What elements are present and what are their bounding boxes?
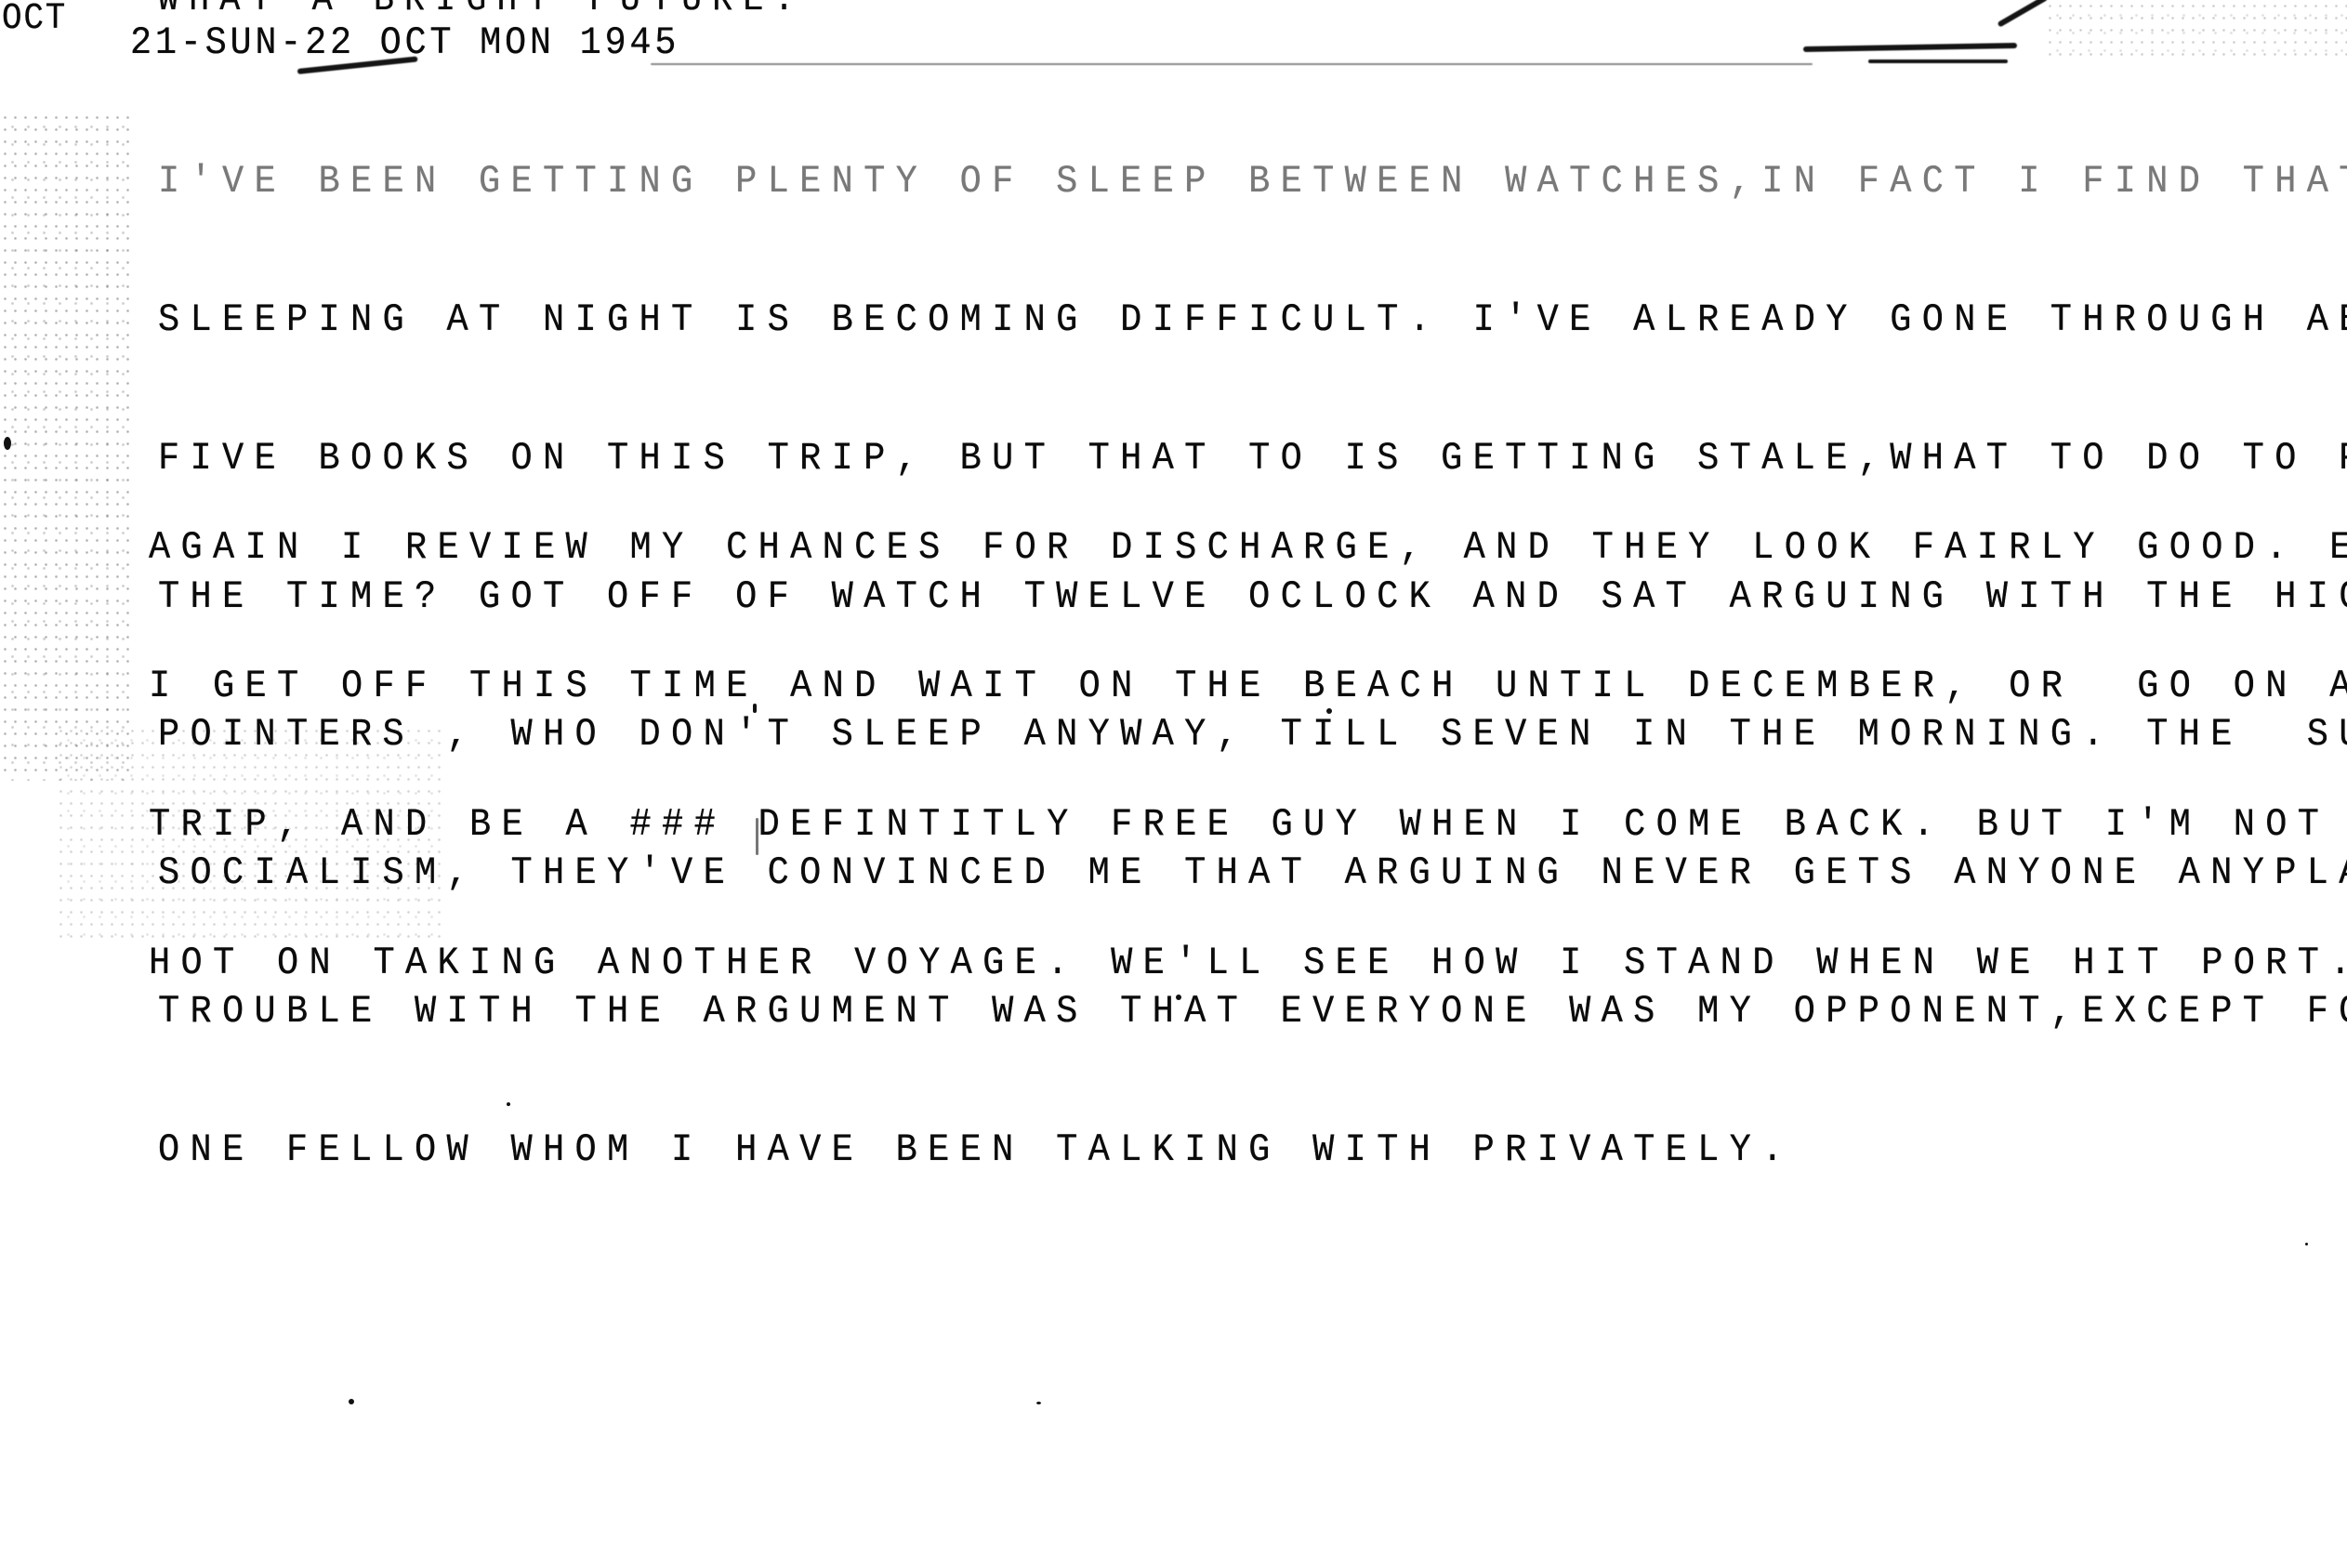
paper-tear-top-right: [1803, 43, 2017, 52]
paper-fold-line-top: [651, 63, 1813, 65]
entry-date: 21-SUN-22 OCT MON 1945: [130, 20, 679, 67]
ink-speck: [349, 1399, 354, 1404]
text-line: ONE FELLOW WHOM I HAVE BEEN TALKING WITH…: [158, 1127, 2347, 1174]
text-line: AGAIN I REVIEW MY CHANCES FOR DISCHARGE,…: [149, 525, 2347, 572]
scan-noise-left-edge: [0, 112, 130, 781]
journal-paragraph-2: AGAIN I REVIEW MY CHANCES FOR DISCHARGE,…: [149, 433, 2347, 1078]
margin-month-label: OCT: [2, 0, 67, 43]
ink-speck: [1036, 1402, 1041, 1404]
scan-noise-top-right: [2045, 0, 2347, 56]
paper-tear-top-right-2: [1868, 59, 2008, 63]
scanned-typewritten-page: OCT WHAT A BRIGHT FUTURE. 21-SUN-22 OCT …: [0, 0, 2347, 1568]
text-line: I'VE BEEN GETTING PLENTY OF SLEEP BETWEE…: [158, 159, 2347, 205]
ink-speck: [4, 437, 11, 450]
text-line: I GET OFF THIS TIME AND WAIT ON THE BEAC…: [149, 664, 2347, 710]
paper-tear-corner: [1998, 0, 2049, 28]
text-line: HOT ON TAKING ANOTHER VOYAGE. WE'LL SEE …: [149, 941, 2347, 987]
text-line: SLEEPING AT NIGHT IS BECOMING DIFFICULT.…: [158, 297, 2347, 344]
text-line: TRIP, AND BE A ### DEFINTITLY FREE GUY W…: [149, 802, 2347, 849]
